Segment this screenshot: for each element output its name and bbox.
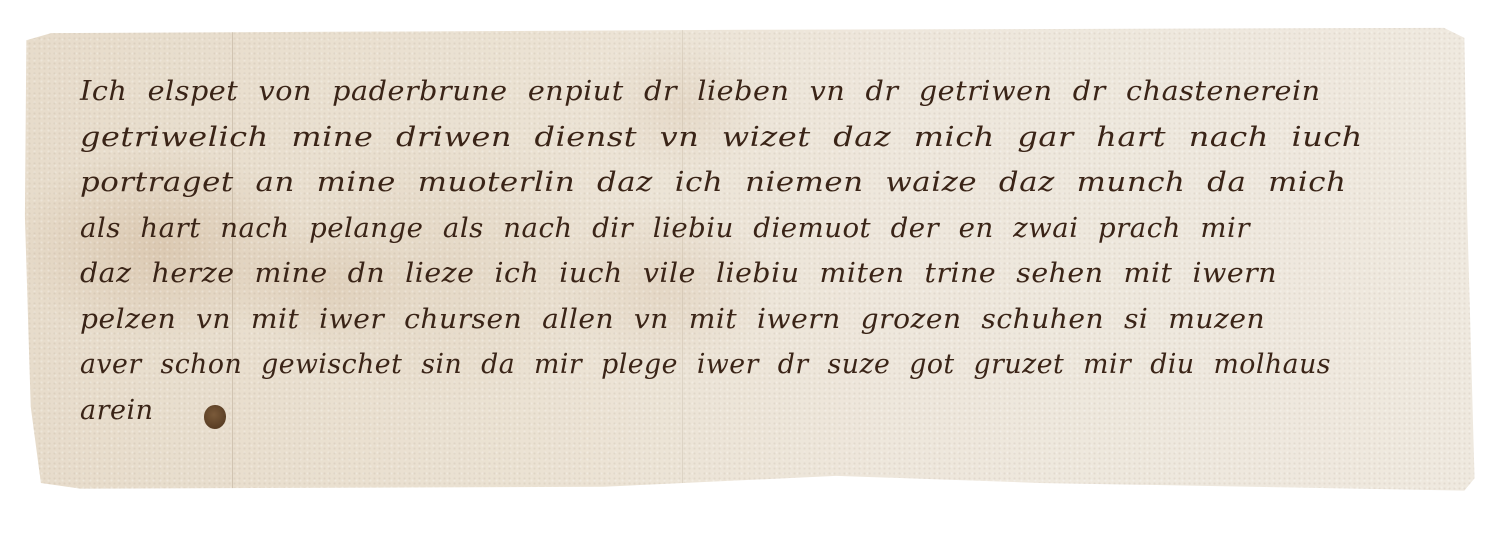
line-text: portraget an mine muoterlin daz ich niem… [80, 163, 1346, 203]
text-line-5: daz herze mine dn lieze ich iuch vile li… [80, 254, 1470, 300]
text-line-3: portraget an mine muoterlin daz ich niem… [80, 163, 1470, 209]
line-text: daz herze mine dn lieze ich iuch vile li… [80, 254, 1277, 294]
line-text: arein [80, 391, 154, 431]
text-line-7: aver schon gewischet sin da mir plege iw… [80, 345, 1470, 391]
line-text: pelzen vn mit iwer chursen allen vn mit … [80, 300, 1265, 340]
line-text: Ich elspet von paderbrune enpiut dr lieb… [80, 72, 1321, 112]
text-line-6: pelzen vn mit iwer chursen allen vn mit … [80, 300, 1470, 346]
text-line-2: getriwelich mine driwen dienst vn wizet … [80, 118, 1470, 164]
line-text: getriwelich mine driwen dienst vn wizet … [80, 118, 1363, 158]
line-text: aver schon gewischet sin da mir plege iw… [80, 345, 1331, 385]
letter-text: Ich elspet von paderbrune enpiut dr lieb… [80, 72, 1470, 436]
text-line-4: als hart nach pelange als nach dir liebi… [80, 209, 1470, 255]
text-line-8: arein [80, 391, 1470, 437]
text-line-1: Ich elspet von paderbrune enpiut dr lieb… [80, 72, 1470, 118]
line-text: als hart nach pelange als nach dir liebi… [80, 209, 1250, 249]
